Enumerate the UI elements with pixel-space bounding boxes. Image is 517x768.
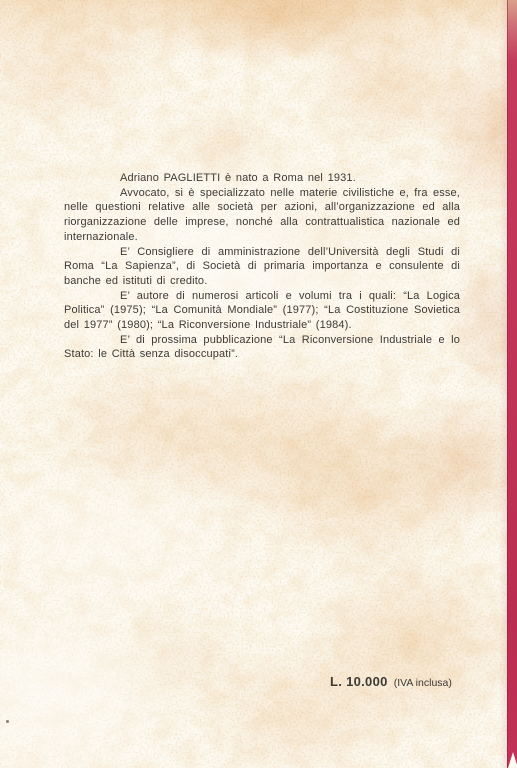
bio-paragraph: E’ autore di numerosi articoli e volumi … [64,289,460,333]
ink-speck [6,720,9,723]
paper-background [0,0,517,768]
bio-paragraph: E’ Consigliere di amministrazione dell’U… [64,245,460,289]
book-back-cover: Adriano PAGLIETTI è nato a Roma nel 1931… [0,0,517,768]
author-bio: Adriano PAGLIETTI è nato a Roma nel 1931… [64,171,460,362]
bio-paragraph: Adriano PAGLIETTI è nato a Roma nel 1931… [64,171,460,186]
bio-paragraph: E’ di prossima pubblicazione “La Riconve… [64,333,460,362]
price-vat-note: (IVA inclusa) [394,677,452,689]
price-line: L. 10.000 (IVA inclusa) [330,674,452,689]
bio-paragraph: Avvocato, si è specializzato nelle mater… [64,186,460,245]
price-amount: L. 10.000 [330,674,388,689]
spine-stripe [507,0,517,768]
